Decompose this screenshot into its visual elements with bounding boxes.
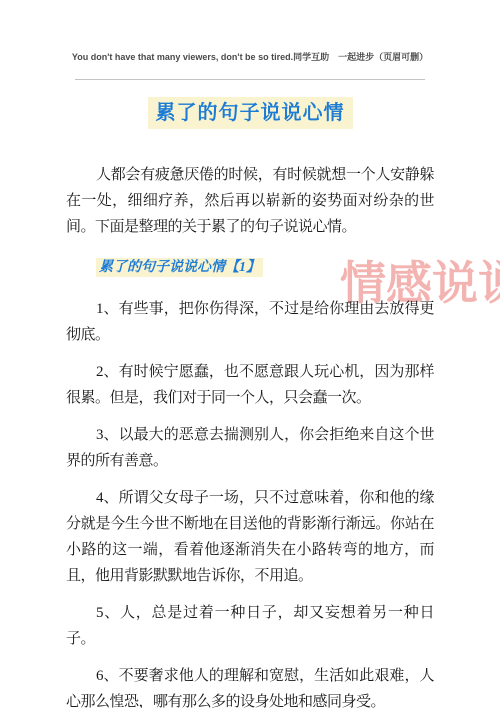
sentence-item-3: 3、以最大的恶意去揣测别人，你会拒绝来自这个世界的所有善意。 (66, 422, 434, 474)
sentence-item-4: 4、所谓父女母子一场，只不过意味着，你和他的缘分就是今生今世不断地在目送他的背影… (66, 485, 434, 589)
document-page: You don't have that many viewers, don't … (0, 0, 500, 708)
sentence-item-5: 5、人，总是过着一种日子，却又妄想着另一种日子。 (66, 600, 434, 652)
header-divider (75, 79, 425, 80)
section-heading-row: 累了的句子说说心情【1】 (66, 254, 434, 281)
sentence-item-1: 1、有些事，把你伤得深，不过是给你理由去放得更彻底。 (66, 296, 434, 348)
section-heading: 累了的句子说说心情【1】 (96, 258, 263, 277)
page-title: 累了的句子说说心情 (148, 97, 353, 129)
sentence-item-2: 2、有时候宁愿蠢，也不愿意跟人玩心机，因为那样很累。但是，我们对于同一个人，只会… (66, 359, 434, 411)
title-row: 累了的句子说说心情 (0, 97, 500, 129)
header-note: You don't have that many viewers, don't … (0, 0, 500, 63)
article-body: 人都会有疲惫厌倦的时候，有时候就想一个人安静躲在一处，细细疗养，然后再以崭新的姿… (0, 162, 500, 708)
intro-paragraph: 人都会有疲惫厌倦的时候，有时候就想一个人安静躲在一处，细细疗养，然后再以崭新的姿… (66, 162, 434, 240)
sentence-item-6: 6、不要奢求他人的理解和宽慰，生活如此艰难，人心那么惶恐，哪有那么多的设身处地和… (66, 663, 434, 708)
